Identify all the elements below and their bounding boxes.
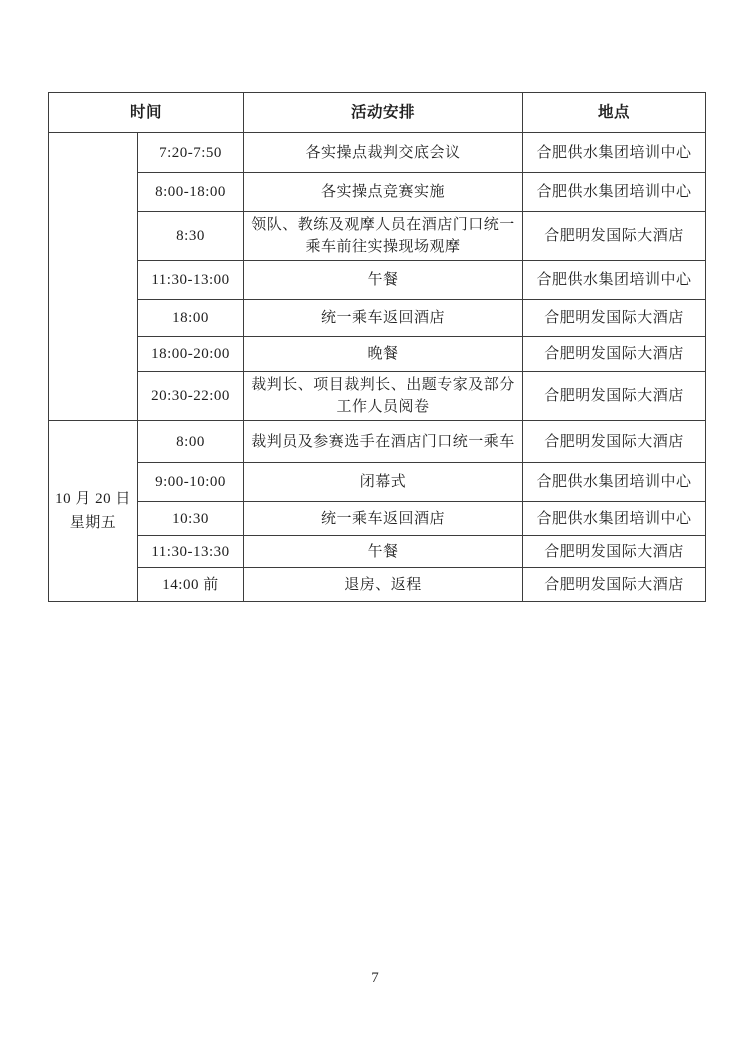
activity-cell: 午餐 — [244, 261, 523, 300]
header-location: 地点 — [523, 93, 706, 133]
table-row: 10 月 20 日 星期五 8:00 裁判员及参赛选手在酒店门口统一乘车 合肥明… — [49, 421, 706, 463]
table-row: 9:00-10:00 闭幕式 合肥供水集团培训中心 — [49, 463, 706, 502]
activity-cell: 各实操点裁判交底会议 — [244, 133, 523, 173]
header-row: 时间 活动安排 地点 — [49, 93, 706, 133]
activity-cell: 午餐 — [244, 536, 523, 568]
table-row: 8:00-18:00 各实操点竞赛实施 合肥供水集团培训中心 — [49, 173, 706, 212]
time-cell: 8:00 — [138, 421, 244, 463]
activity-cell: 统一乘车返回酒店 — [244, 300, 523, 337]
time-cell: 10:30 — [138, 502, 244, 536]
location-cell: 合肥明发国际大酒店 — [523, 300, 706, 337]
time-cell: 8:00-18:00 — [138, 173, 244, 212]
time-cell: 14:00 前 — [138, 568, 244, 602]
location-cell: 合肥供水集团培训中心 — [523, 173, 706, 212]
time-cell: 9:00-10:00 — [138, 463, 244, 502]
activity-cell: 裁判长、项目裁判长、出题专家及部分工作人员阅卷 — [244, 372, 523, 421]
time-cell: 7:20-7:50 — [138, 133, 244, 173]
table-row: 18:00 统一乘车返回酒店 合肥明发国际大酒店 — [49, 300, 706, 337]
table-row: 11:30-13:00 午餐 合肥供水集团培训中心 — [49, 261, 706, 300]
location-cell: 合肥明发国际大酒店 — [523, 372, 706, 421]
day-group-cell: 10 月 20 日 星期五 — [49, 421, 138, 602]
location-cell: 合肥供水集团培训中心 — [523, 502, 706, 536]
location-cell: 合肥供水集团培训中心 — [523, 463, 706, 502]
table-row: 7:20-7:50 各实操点裁判交底会议 合肥供水集团培训中心 — [49, 133, 706, 173]
location-cell: 合肥明发国际大酒店 — [523, 536, 706, 568]
day-label-line2: 星期五 — [55, 511, 131, 535]
header-time: 时间 — [49, 93, 244, 133]
location-cell: 合肥明发国际大酒店 — [523, 421, 706, 463]
location-cell: 合肥供水集团培训中心 — [523, 133, 706, 173]
schedule-table: 时间 活动安排 地点 7:20-7:50 各实操点裁判交底会议 合肥供水集团培训… — [48, 92, 706, 602]
activity-cell: 统一乘车返回酒店 — [244, 502, 523, 536]
activity-cell: 领队、教练及观摩人员在酒店门口统一乘车前往实操现场观摩 — [244, 212, 523, 261]
document-page: 时间 活动安排 地点 7:20-7:50 各实操点裁判交底会议 合肥供水集团培训… — [0, 0, 750, 1061]
time-cell: 11:30-13:30 — [138, 536, 244, 568]
time-cell: 8:30 — [138, 212, 244, 261]
location-cell: 合肥供水集团培训中心 — [523, 261, 706, 300]
table-row: 18:00-20:00 晚餐 合肥明发国际大酒店 — [49, 337, 706, 372]
activity-cell: 各实操点竞赛实施 — [244, 173, 523, 212]
location-cell: 合肥明发国际大酒店 — [523, 568, 706, 602]
table-row: 11:30-13:30 午餐 合肥明发国际大酒店 — [49, 536, 706, 568]
day-label-line1: 10 月 20 日 — [55, 487, 131, 511]
time-cell: 20:30-22:00 — [138, 372, 244, 421]
location-cell: 合肥明发国际大酒店 — [523, 212, 706, 261]
page-number: 7 — [0, 970, 750, 987]
location-cell: 合肥明发国际大酒店 — [523, 337, 706, 372]
time-cell: 18:00 — [138, 300, 244, 337]
activity-cell: 闭幕式 — [244, 463, 523, 502]
day-group-cell — [49, 133, 138, 421]
table-row: 8:30 领队、教练及观摩人员在酒店门口统一乘车前往实操现场观摩 合肥明发国际大… — [49, 212, 706, 261]
table-row: 10:30 统一乘车返回酒店 合肥供水集团培训中心 — [49, 502, 706, 536]
activity-cell: 晚餐 — [244, 337, 523, 372]
table-row: 14:00 前 退房、返程 合肥明发国际大酒店 — [49, 568, 706, 602]
header-activity: 活动安排 — [244, 93, 523, 133]
table-row: 20:30-22:00 裁判长、项目裁判长、出题专家及部分工作人员阅卷 合肥明发… — [49, 372, 706, 421]
time-cell: 18:00-20:00 — [138, 337, 244, 372]
activity-cell: 裁判员及参赛选手在酒店门口统一乘车 — [244, 421, 523, 463]
activity-cell: 退房、返程 — [244, 568, 523, 602]
time-cell: 11:30-13:00 — [138, 261, 244, 300]
